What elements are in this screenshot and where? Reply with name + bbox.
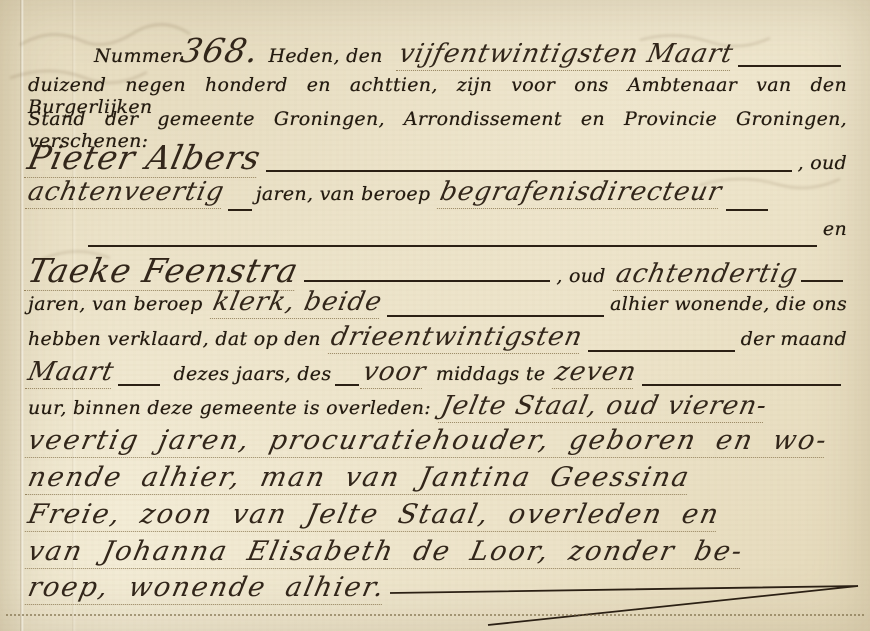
form-line-year: duizend negen honderd en achttien, zijn … — [28, 74, 847, 108]
declarant2-profession-handwritten: klerk, beide — [209, 289, 384, 319]
dezes-jaars-label: dezes jaars, des — [174, 363, 332, 385]
filler-rule — [304, 280, 551, 282]
alhier-wonende-label: alhier wonende, die ons — [610, 293, 847, 315]
form-line-declaration-day: hebben verklaard, dat op den drieentwint… — [28, 324, 847, 359]
declarant1-name-handwritten: Pieter Albers — [24, 141, 264, 178]
form-line-deceased-4: Freie, zoon van Jelte Staal, overleden e… — [28, 501, 847, 538]
date-handwritten: vijfentwintigsten Maart — [396, 41, 736, 71]
der-maand-label: der maand — [741, 328, 847, 350]
filler-dash — [228, 209, 252, 211]
filler-dash — [118, 384, 160, 386]
filler-dash — [335, 384, 359, 386]
jaren-beroep-label-1: jaren, van beroep — [256, 183, 431, 205]
oud-label-1: , oud — [798, 152, 847, 174]
uur-overleden-label: uur, binnen deze gemeente is overleden: — [28, 397, 431, 419]
declarant2-name-handwritten: Taeke Feenstra — [24, 254, 302, 291]
hour-handwritten: zeven — [552, 359, 639, 389]
filler-rule — [738, 65, 841, 67]
form-line-filler-en: en — [28, 218, 847, 254]
filler-dash — [726, 209, 768, 211]
oud-label-2: , oud — [556, 265, 605, 287]
deceased-name-handwritten: Jelte Staal, oud vieren- — [438, 393, 770, 423]
form-line-month-hour: Maart dezes jaars, des voor middags te z… — [28, 359, 847, 393]
declarant1-profession-handwritten: begrafenisdirecteur — [437, 179, 725, 209]
deceased-details-handwritten: veertig jaren, procuratiehouder, geboren… — [25, 427, 831, 458]
form-line-declarant1-age-profession: achtenveertig jaren, van beroep begrafen… — [28, 179, 847, 218]
declarant2-age-handwritten: achtendertig — [613, 261, 801, 291]
nummer-label: Nummer — [94, 45, 181, 67]
death-record-document: Nummer 368. Heden, den vijfentwintigsten… — [28, 34, 847, 610]
declarant1-age-handwritten: achtenveertig — [25, 179, 227, 209]
jaren-beroep-label-2: jaren, van beroep — [28, 293, 203, 315]
form-line-declarant2-name-age: Taeke Feenstra , oud achtendertig — [28, 254, 847, 289]
filler-rule — [88, 245, 817, 247]
filler-rule — [387, 315, 604, 317]
deceased-residence-handwritten: roep, wonende alhier. — [25, 574, 388, 605]
form-line-deceased-6: roep, wonende alhier. — [28, 574, 847, 610]
filler-rule — [642, 384, 841, 386]
en-label: en — [823, 218, 847, 240]
form-line-deceased-2: veertig jaren, procuratiehouder, geboren… — [28, 427, 847, 464]
filler-rule — [266, 170, 791, 172]
heden-den-label: Heden, den — [269, 45, 383, 67]
daypart-handwritten: voor — [360, 359, 429, 389]
death-day-handwritten: drieentwintigsten — [328, 324, 585, 354]
form-line-deceased-3: nende alhier, man van Jantina Geessina — [28, 464, 847, 501]
form-line-deceased-intro: uur, binnen deze gemeente is overleden: … — [28, 393, 847, 427]
filler-rule — [588, 350, 735, 352]
deceased-spouse-handwritten: nende alhier, man van Jantina Geessina — [25, 464, 693, 495]
filler-dash — [801, 280, 843, 282]
deceased-father-handwritten: Freie, zoon van Jelte Staal, overleden e… — [25, 501, 723, 532]
form-line-municipality: Stand der gemeente Groningen, Arrondisse… — [28, 108, 847, 141]
record-number-handwritten: 368. — [177, 34, 262, 70]
form-line-number-date: Nummer 368. Heden, den vijfentwintigsten… — [28, 34, 847, 74]
form-line-declarant2-profession: jaren, van beroep klerk, beide alhier wo… — [28, 289, 847, 324]
deceased-mother-handwritten: van Johanna Elisabeth de Loor, zonder be… — [25, 538, 746, 569]
middags-te-label: middags te — [436, 363, 546, 385]
verklaard-label: hebben verklaard, dat op den — [28, 328, 321, 350]
death-month-handwritten: Maart — [25, 359, 117, 389]
form-line-deceased-5: van Johanna Elisabeth de Loor, zonder be… — [28, 538, 847, 574]
bottom-dotted-guide — [6, 614, 864, 616]
